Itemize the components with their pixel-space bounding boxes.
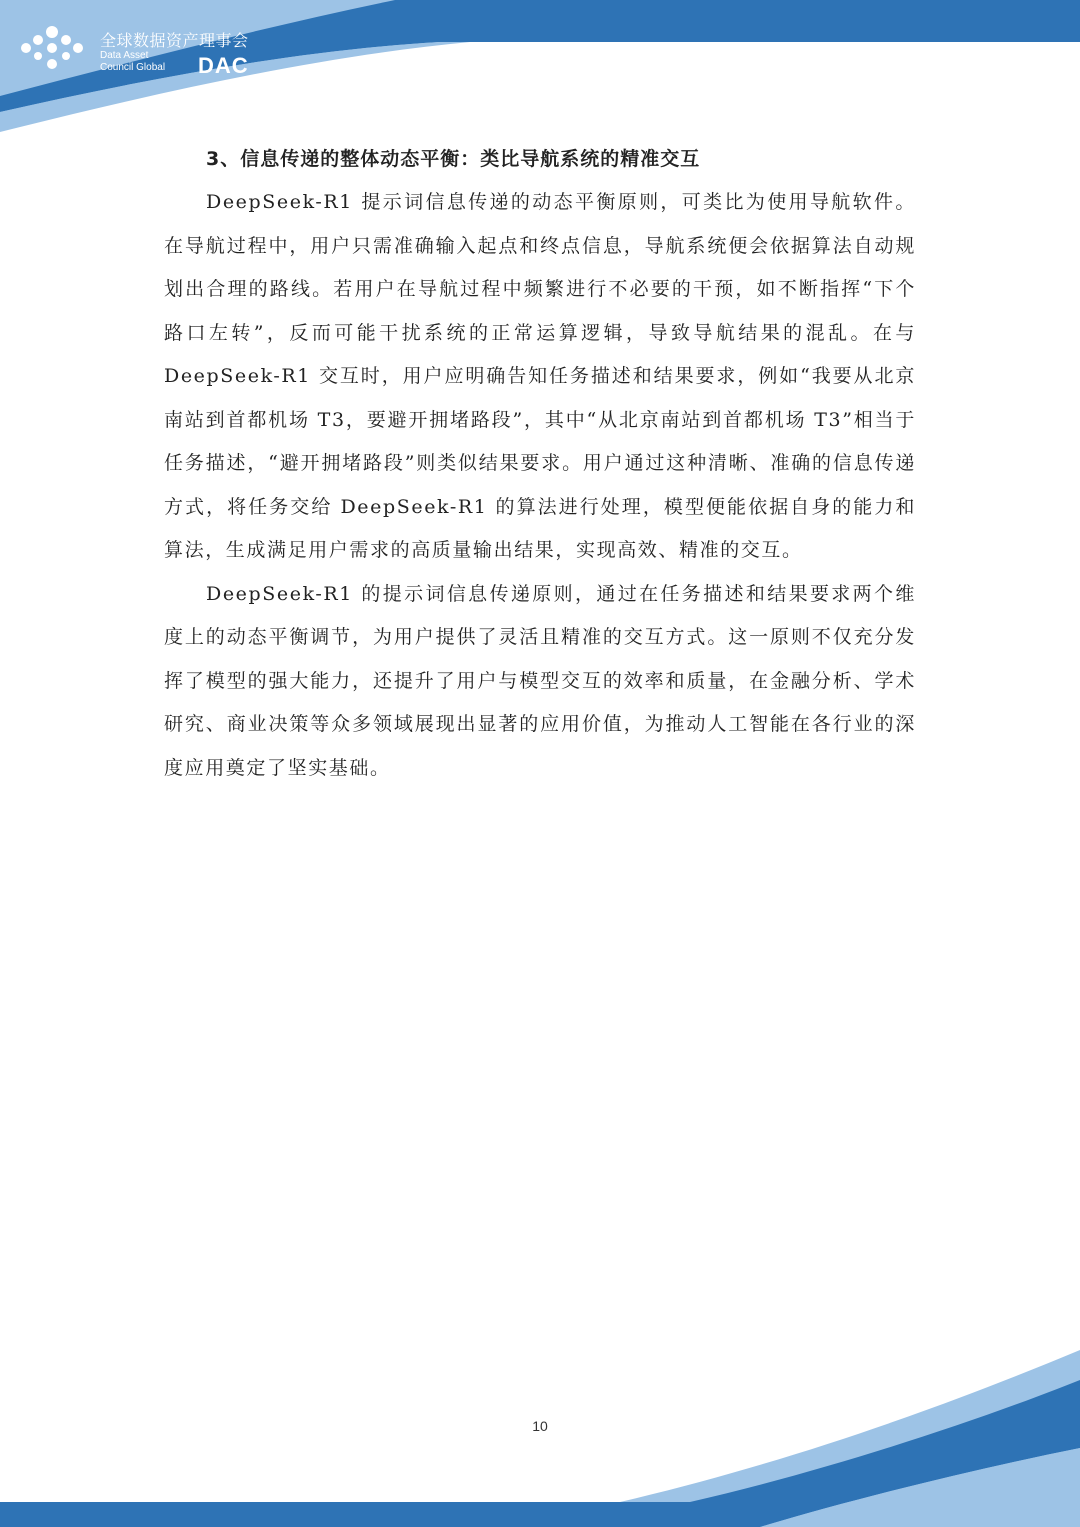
logo-org-name-cn: 全球数据资产理事会 xyxy=(100,28,249,51)
logo-abbreviation: DAC xyxy=(198,53,249,79)
logo-en-line2: Council Global xyxy=(100,62,165,74)
logo-en-line1: Data Asset xyxy=(100,50,165,62)
logo-dots-icon xyxy=(20,26,92,76)
footer-wave-decoration xyxy=(0,1340,1080,1527)
document-body: 3、信息传递的整体动态平衡：类比导航系统的精准交互 DeepSeek-R1 提示… xyxy=(164,138,916,790)
paragraph-1: DeepSeek-R1 提示词信息传递的动态平衡原则，可类比为使用导航软件。在导… xyxy=(164,181,916,573)
dac-logo: 全球数据资产理事会 Data Asset Council Global DAC xyxy=(20,26,270,78)
section-heading: 3、信息传递的整体动态平衡：类比导航系统的精准交互 xyxy=(164,138,916,181)
paragraph-2: DeepSeek-R1 的提示词信息传递原则，通过在任务描述和结果要求两个维度上… xyxy=(164,573,916,791)
logo-org-name-en: Data Asset Council Global xyxy=(100,50,165,74)
